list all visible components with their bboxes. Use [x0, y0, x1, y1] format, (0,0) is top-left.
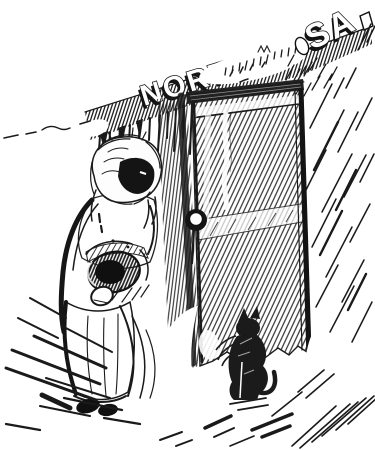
jug-mouth — [95, 260, 125, 284]
door-latch-knob — [190, 213, 203, 226]
plank-highlight — [224, 112, 227, 210]
illustration: NORT NORT SA SA — [0, 0, 375, 450]
cat-body — [229, 334, 268, 400]
stile-highlight — [206, 114, 208, 220]
illustration-frame: NORT NORT SA SA — [0, 0, 375, 450]
